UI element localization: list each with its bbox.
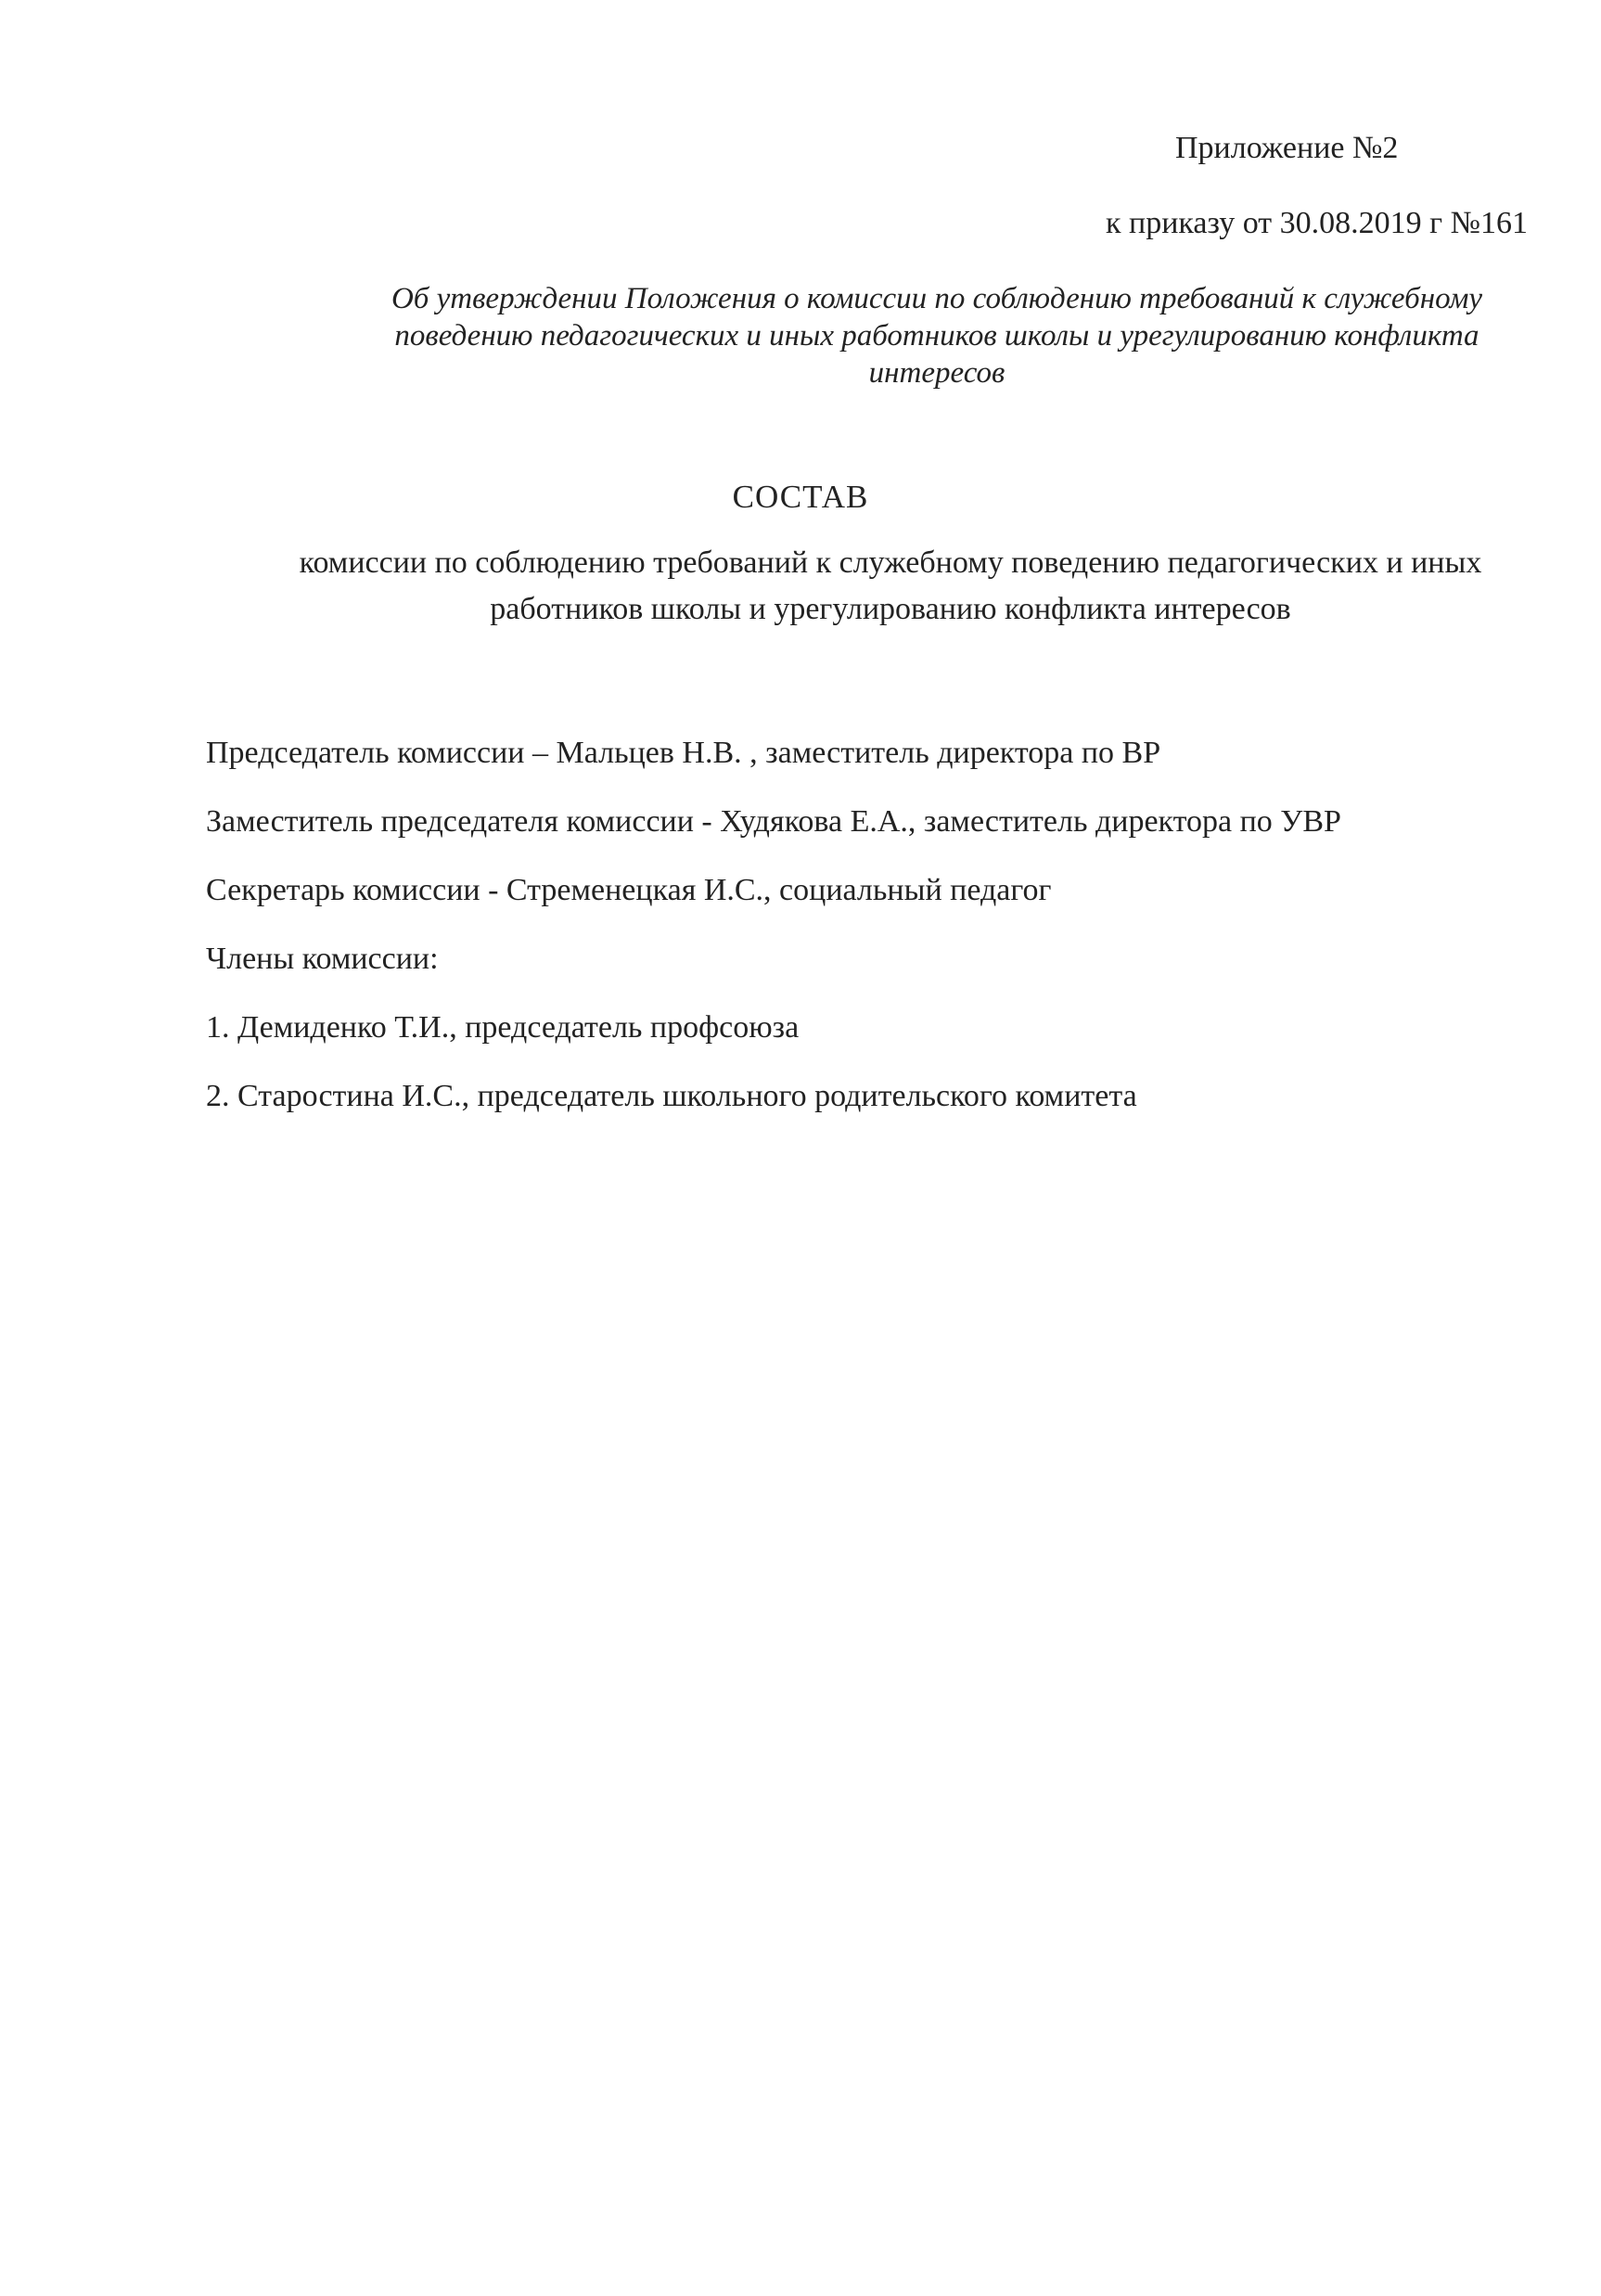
member-row: 1. Демиденко Т.И., председатель профсоюз… <box>206 1010 1341 1045</box>
order-title-line: Об утверждении Положения о комиссии по с… <box>315 280 1558 317</box>
order-title: Об утверждении Положения о комиссии по с… <box>315 280 1558 391</box>
document-page: Приложение №2 к приказу от 30.08.2019 г … <box>0 0 1601 2296</box>
document-heading: СОСТАВ <box>0 478 1601 517</box>
members-label: Члены комиссии: <box>206 942 1341 977</box>
appendix-label: Приложение №2 <box>1175 130 1398 167</box>
order-title-line: интересов <box>315 354 1558 391</box>
subheading-line: работников школы и урегулированию конфли… <box>232 586 1549 633</box>
deputy-chairman-row: Заместитель председателя комиссии - Худя… <box>206 804 1341 840</box>
member-row: 2. Старостина И.С., председатель школьно… <box>206 1079 1341 1114</box>
commission-composition: Председатель комиссии – Мальцев Н.В. , з… <box>206 736 1341 1148</box>
secretary-row: Секретарь комиссии - Стременецкая И.С., … <box>206 873 1341 908</box>
order-reference: к приказу от 30.08.2019 г №161 <box>1106 205 1528 242</box>
order-title-line: поведению педагогических и иных работник… <box>315 317 1558 354</box>
subheading-line: комиссии по соблюдению требований к служ… <box>232 540 1549 586</box>
document-subheading: комиссии по соблюдению требований к служ… <box>232 540 1549 633</box>
chairman-row: Председатель комиссии – Мальцев Н.В. , з… <box>206 736 1341 771</box>
